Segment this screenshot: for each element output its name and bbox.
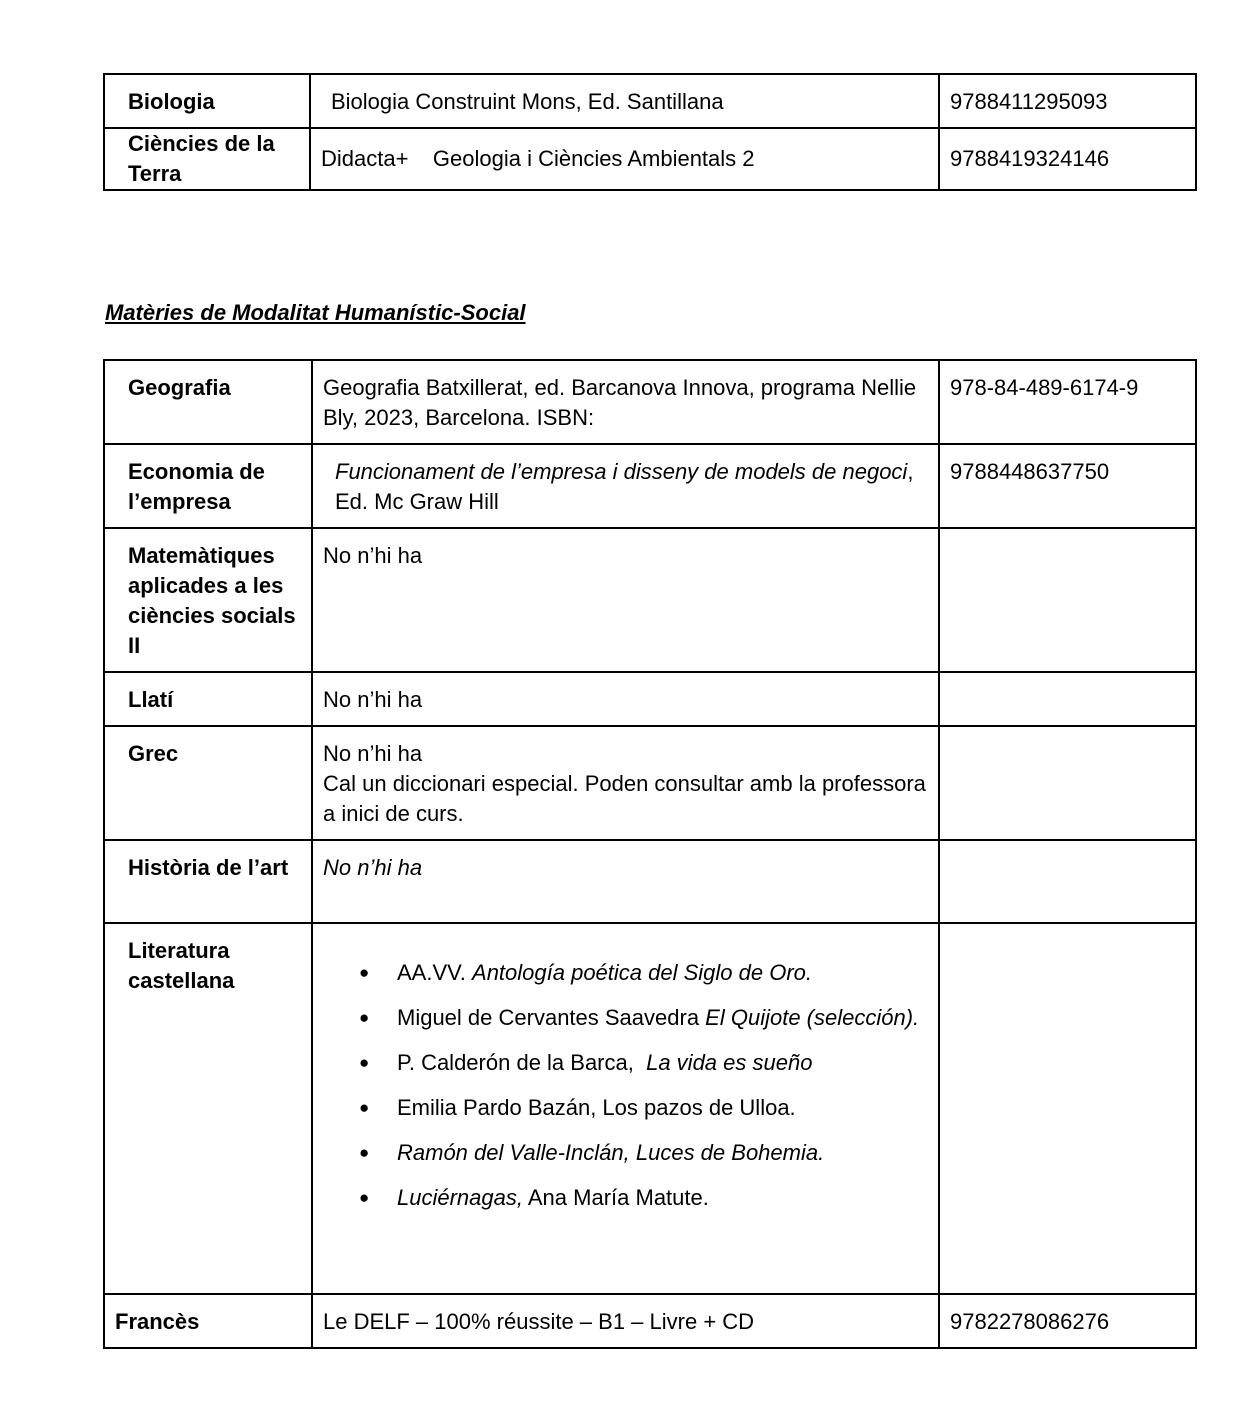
subject-cell: Matemàtiques aplicades a les ciències so…	[104, 528, 312, 672]
book-note: Cal un diccionari especial. Poden consul…	[323, 769, 930, 829]
subject-cell: Història de l’art	[104, 840, 312, 923]
isbn-cell	[939, 726, 1196, 840]
subject-cell: Literatura castellana	[104, 923, 312, 1294]
subject-cell: Grec	[104, 726, 312, 840]
table-row: Francès Le DELF – 100% réussite – B1 – L…	[104, 1294, 1196, 1348]
book-cell: Biologia Construint Mons, Ed. Santillana	[310, 74, 939, 128]
subject-cell: Geografia	[104, 360, 312, 444]
subject-cell: Economia de l’empresa	[104, 444, 312, 528]
subject-cell: Llatí	[104, 672, 312, 726]
subject-cell: Francès	[104, 1294, 312, 1348]
table-row: Ciències de la Terra Didacta+ Geologia i…	[104, 128, 1196, 190]
humanities-books-table: Geografia Geografia Batxillerat, ed. Bar…	[103, 359, 1197, 1349]
book-title: Funcionament de l’empresa i disseny de m…	[335, 459, 907, 484]
table-row: Matemàtiques aplicades a les ciències so…	[104, 528, 1196, 672]
science-books-table: Biologia Biologia Construint Mons, Ed. S…	[103, 73, 1197, 191]
book-cell: Le DELF – 100% réussite – B1 – Livre + C…	[312, 1294, 939, 1348]
isbn-cell	[939, 528, 1196, 672]
isbn-cell: 9782278086276	[939, 1294, 1196, 1348]
book-cell: No n’hi haCal un diccionari especial. Po…	[312, 726, 939, 840]
list-item: P. Calderón de la Barca, La vida es sueñ…	[397, 1040, 930, 1085]
book-cell: No n’hi ha	[312, 672, 939, 726]
isbn-cell: 9788448637750	[939, 444, 1196, 528]
list-item: Emilia Pardo Bazán, Los pazos de Ulloa.	[397, 1085, 930, 1130]
isbn-cell: 9788419324146	[939, 128, 1196, 190]
book-cell: AA.VV. Antología poética del Siglo de Or…	[312, 923, 939, 1294]
book-cell: Geografia Batxillerat, ed. Barcanova Inn…	[312, 360, 939, 444]
isbn-cell: 978-84-489-6174-9	[939, 360, 1196, 444]
list-item: Luciérnagas, Ana María Matute.	[397, 1175, 930, 1220]
subject-cell: Biologia	[104, 74, 310, 128]
table-row: Biologia Biologia Construint Mons, Ed. S…	[104, 74, 1196, 128]
table-row: Geografia Geografia Batxillerat, ed. Bar…	[104, 360, 1196, 444]
reading-list: AA.VV. Antología poética del Siglo de Or…	[323, 950, 930, 1220]
book-cell: Funcionament de l’empresa i disseny de m…	[312, 444, 939, 528]
section-title: Matèries de Modalitat Humanístic-Social	[105, 300, 526, 326]
table-row: Llatí No n’hi ha	[104, 672, 1196, 726]
table-row: Grec No n’hi haCal un diccionari especia…	[104, 726, 1196, 840]
book-cell: Didacta+ Geologia i Ciències Ambientals …	[310, 128, 939, 190]
table-row: Economia de l’empresa Funcionament de l’…	[104, 444, 1196, 528]
isbn-cell	[939, 923, 1196, 1294]
isbn-cell	[939, 672, 1196, 726]
isbn-cell	[939, 840, 1196, 923]
table-row: Literatura castellana AA.VV. Antología p…	[104, 923, 1196, 1294]
book-cell: No n’hi ha	[312, 840, 939, 923]
list-item: Miguel de Cervantes Saavedra El Quijote …	[397, 995, 930, 1040]
list-item: Ramón del Valle-Inclán, Luces de Bohemia…	[397, 1130, 930, 1175]
book-line: No n’hi ha	[323, 739, 930, 769]
list-item: AA.VV. Antología poética del Siglo de Or…	[397, 950, 930, 995]
table-row: Història de l’art No n’hi ha	[104, 840, 1196, 923]
subject-cell: Ciències de la Terra	[104, 128, 310, 190]
book-cell: No n’hi ha	[312, 528, 939, 672]
isbn-cell: 9788411295093	[939, 74, 1196, 128]
